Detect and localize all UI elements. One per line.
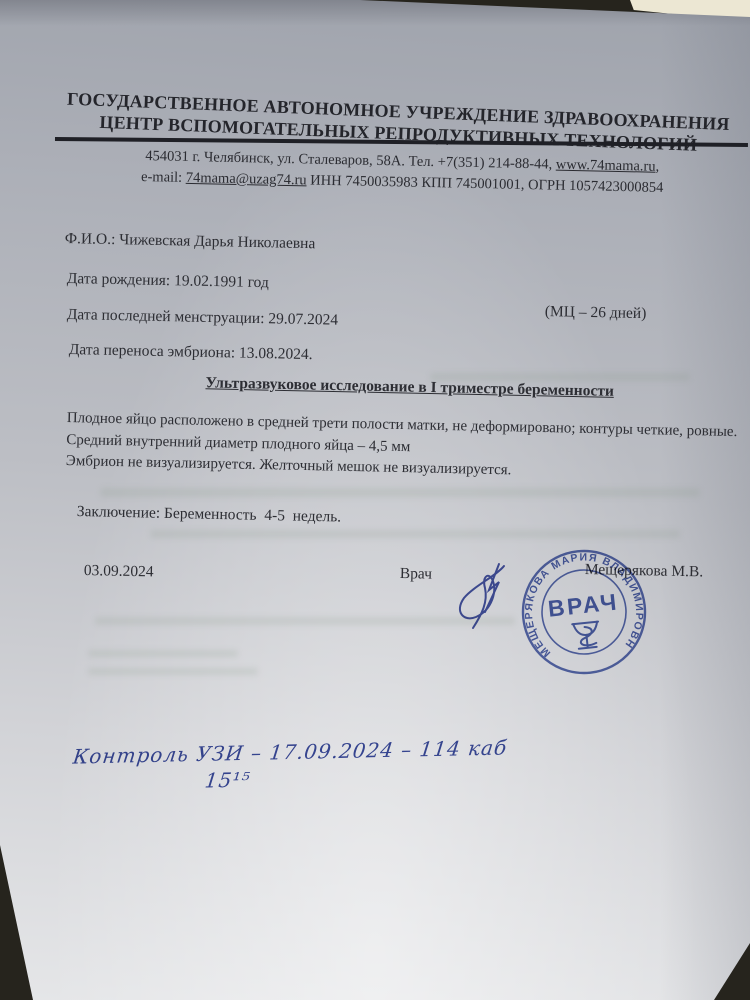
handwritten-note-line1: Контроль УЗИ – 17.09.2024 – 114 каб	[72, 735, 509, 768]
email-link: 74mama@uzag74.ru	[186, 170, 307, 189]
registration-numbers: ИНН 7450035983 КПП 745001001, ОГРН 10574…	[310, 173, 663, 196]
bleed-through-mark	[88, 650, 238, 657]
bleed-through-mark	[88, 668, 258, 675]
birth-date-field: Дата рождения: 19.02.1991 год	[67, 270, 269, 292]
last-menstruation-field: Дата последней менструации: 29.07.2024	[67, 306, 339, 330]
document-paper: ГОСУДАРСТВЕННОЕ АВТОНОМНОЕ УЧРЕЖДЕНИЕ ЗД…	[0, 0, 750, 1000]
website-link: www.74mama.ru	[556, 157, 656, 175]
conclusion-line: Заключение: Беременность 4-5 недель.	[77, 503, 342, 527]
address-text: 454031 г. Челябинск, ул. Сталеваров, 58А…	[145, 148, 552, 173]
stamp-center-text: ВРАЧ	[547, 588, 620, 621]
cycle-length-note: (МЦ – 26 дней)	[545, 303, 647, 323]
address-comma: ,	[655, 159, 659, 175]
report-date: 03.09.2024	[84, 562, 154, 581]
bowl-of-hygieia-icon	[572, 622, 600, 650]
embryo-transfer-field: Дата переноса эмбриона: 13.08.2024.	[69, 341, 313, 364]
bleed-through-mark	[100, 488, 700, 497]
photo-of-document: ГОСУДАРСТВЕННОЕ АВТОНОМНОЕ УЧРЕЖДЕНИЕ ЗД…	[0, 0, 750, 1000]
patient-name-field: Ф.И.О.: Чижевская Дарья Николаевна	[65, 230, 316, 253]
findings-paragraph: Плодное яйцо расположено в средней трети…	[66, 408, 750, 487]
email-label: e-mail:	[141, 169, 182, 186]
handwritten-note-line2: 15¹⁵	[204, 767, 252, 792]
doctor-stamp: МЕЩЕРЯКОВА МАРИЯ ВЛАДИМИРОВНА ВРАЧ	[502, 530, 667, 695]
doctor-label: Врач	[400, 565, 433, 584]
